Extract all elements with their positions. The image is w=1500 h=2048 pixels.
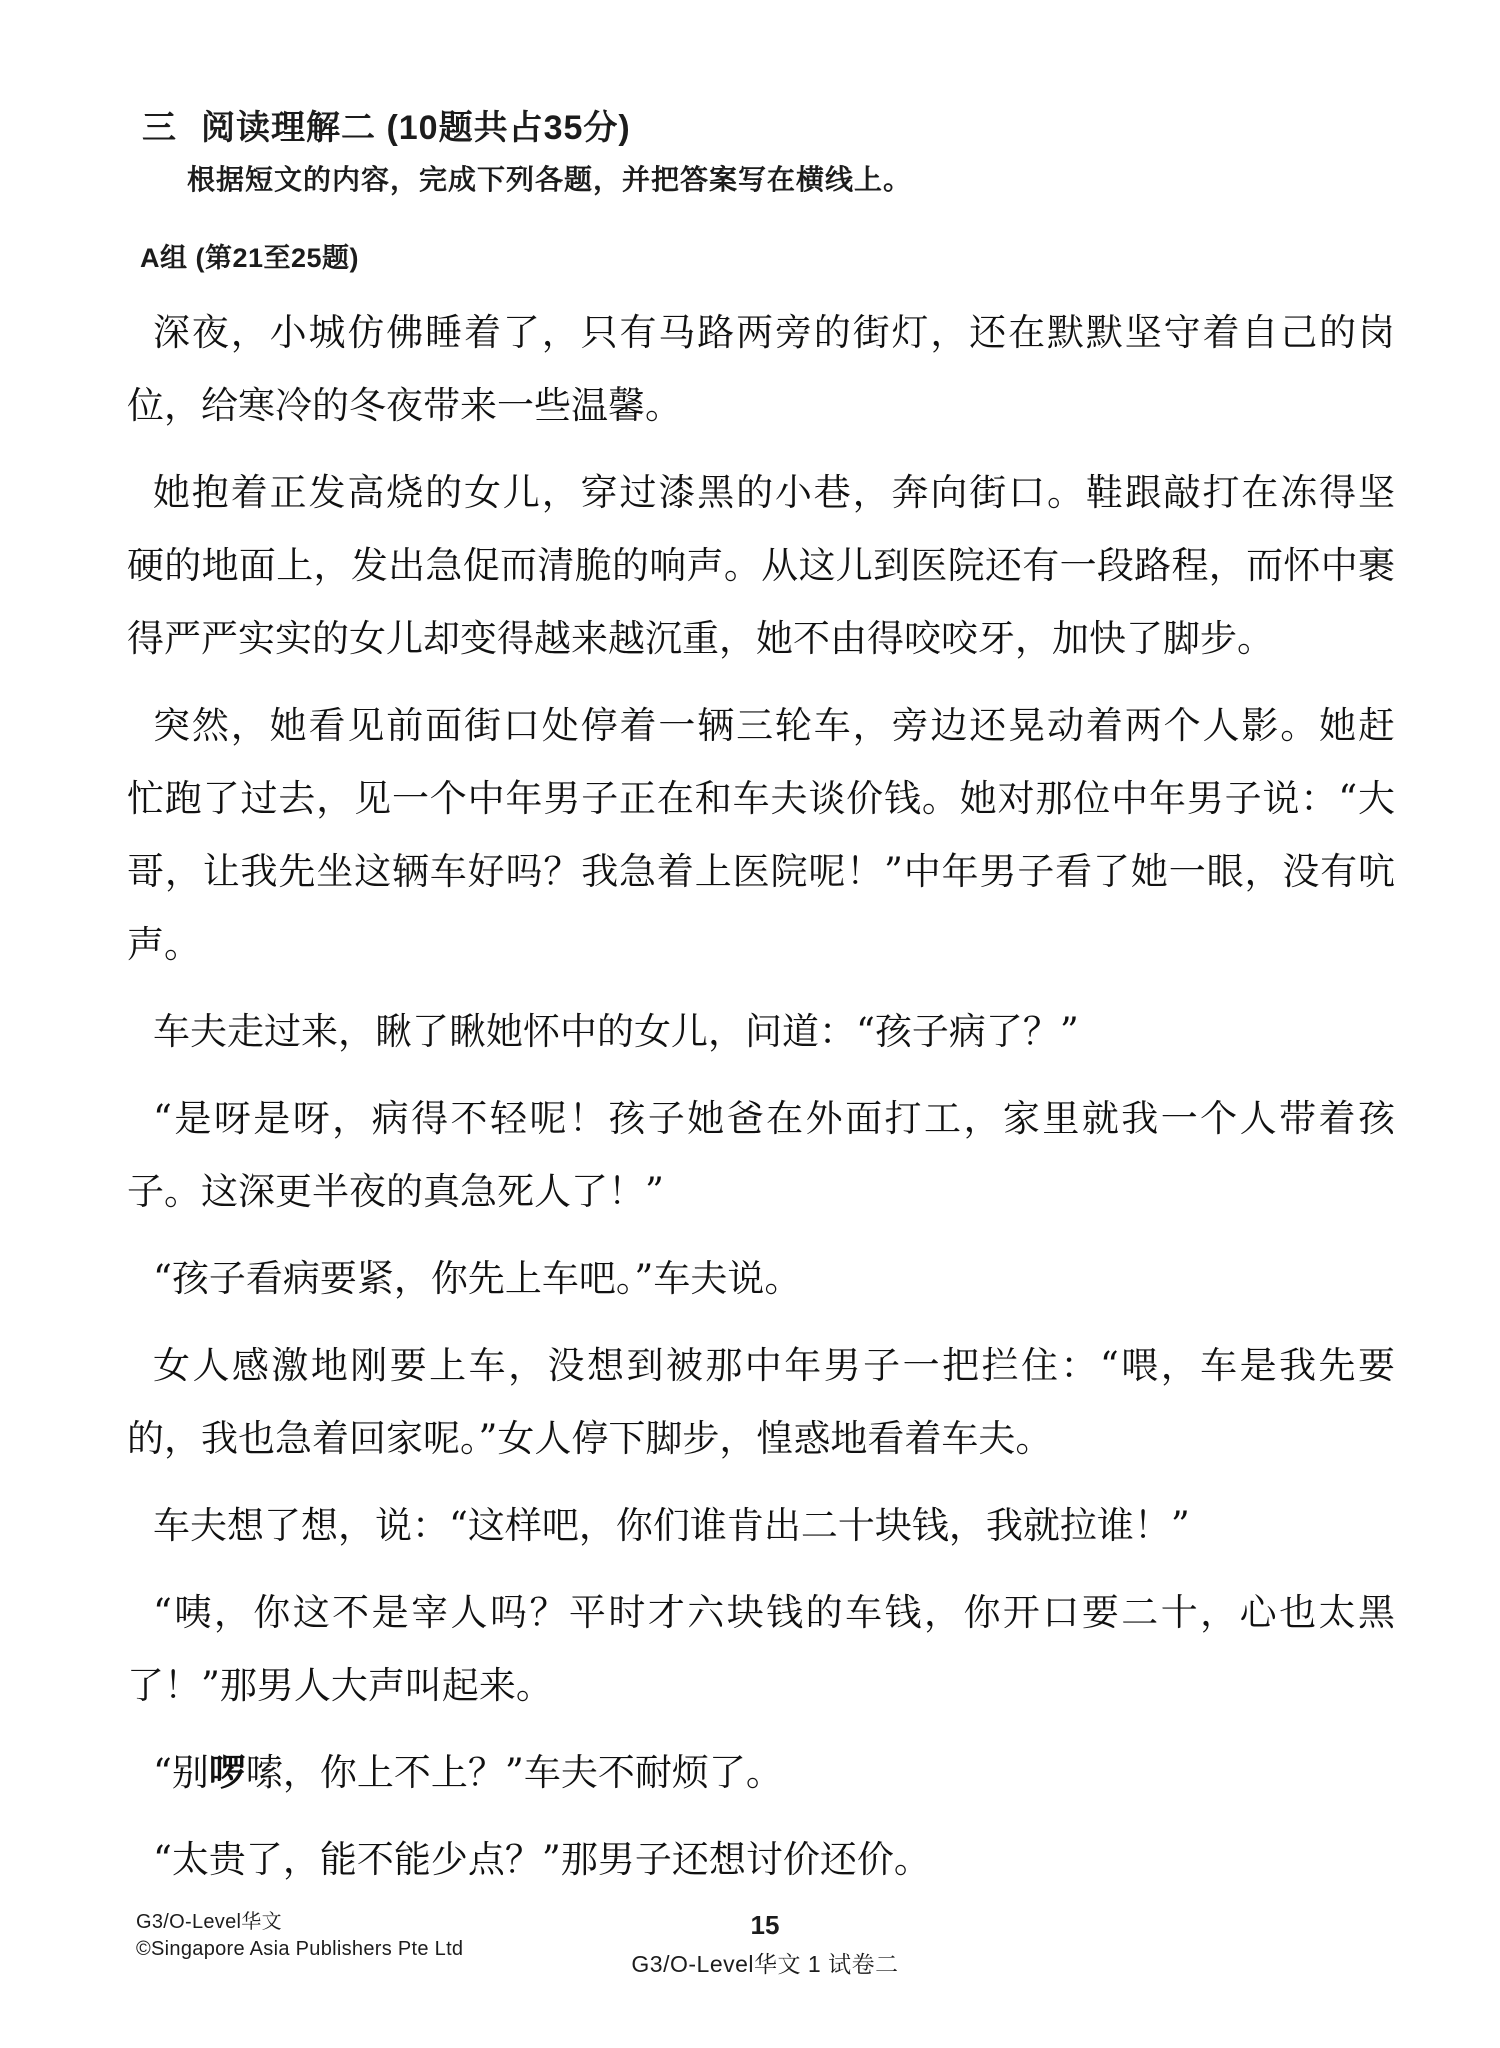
passage-line: 了！”那男人大声叫起来。 <box>127 1649 1395 1722</box>
passage-line: 深夜，小城仿佛睡着了，只有马路两旁的街灯，还在默默坚守着自己的岗 <box>127 296 1395 369</box>
passage-line: 子。这深更半夜的真急死人了！” <box>127 1155 1395 1228</box>
paragraph: “孩子看病要紧，你先上车吧。”车夫说。 <box>127 1242 1395 1315</box>
passage-line: 硬的地面上，发出急促而清脆的响声。从这儿到医院还有一段路程，而怀中裹 <box>127 529 1395 602</box>
passage-line: 位，给寒冷的冬夜带来一些温馨。 <box>127 369 1395 442</box>
paragraph: 车夫想了想，说：“这样吧，你们谁肯出二十块钱，我就拉谁！” <box>127 1489 1395 1562</box>
passage-line: 声。 <box>127 908 1395 981</box>
passage-line: “咦，你这不是宰人吗？平时才六块钱的车钱，你开口要二十，心也太黑 <box>127 1576 1395 1649</box>
paragraph: “咦，你这不是宰人吗？平时才六块钱的车钱，你开口要二十，心也太黑了！”那男人大声… <box>127 1576 1395 1722</box>
passage-line: “孩子看病要紧，你先上车吧。”车夫说。 <box>127 1242 1395 1315</box>
passage-line: 车夫走过来，瞅了瞅她怀中的女儿，问道：“孩子病了？” <box>127 995 1395 1068</box>
passage-line: “太贵了，能不能少点？”那男子还想讨价还价。 <box>127 1823 1395 1896</box>
paragraph: “太贵了，能不能少点？”那男子还想讨价还价。 <box>127 1823 1395 1896</box>
passage-line: 的，我也急着回家呢。”女人停下脚步，惶惑地看着车夫。 <box>127 1402 1395 1475</box>
footer-paper-label: G3/O-Level华文 1 试卷二 <box>30 1946 1500 1979</box>
passage-line: 女人感激地刚要上车，没想到被那中年男子一把拦住：“喂，车是我先要 <box>127 1329 1395 1402</box>
exam-page: 三阅读理解二 (10题共占35分) 根据短文的内容，完成下列各题，并把答案写在横… <box>0 0 1500 2048</box>
passage-line: 突然，她看见前面街口处停着一辆三轮车，旁边还晃动着两个人影。她赶 <box>127 689 1395 762</box>
passage: 深夜，小城仿佛睡着了，只有马路两旁的街灯，还在默默坚守着自己的岗位，给寒冷的冬夜… <box>127 296 1395 1910</box>
passage-line: “别啰嗦，你上不上？”车夫不耐烦了。 <box>127 1736 1395 1809</box>
page-number: 15 <box>30 1910 1500 1941</box>
text-segment: 嗦，你上不上？”车夫不耐烦了。 <box>246 1751 783 1794</box>
text-segment: “别 <box>153 1751 209 1794</box>
paragraph: 女人感激地刚要上车，没想到被那中年男子一把拦住：“喂，车是我先要的，我也急着回家… <box>127 1329 1395 1475</box>
section-heading: 三阅读理解二 (10题共占35分) <box>142 100 631 149</box>
section-number: 三 <box>142 100 177 149</box>
passage-line: 得严严实实的女儿却变得越来越沉重，她不由得咬咬牙，加快了脚步。 <box>127 602 1395 675</box>
passage-line: 她抱着正发高烧的女儿，穿过漆黑的小巷，奔向街口。鞋跟敲打在冻得坚 <box>127 456 1395 529</box>
passage-line: 哥，让我先坐这辆车好吗？我急着上医院呢！”中年男子看了她一眼，没有吭 <box>127 835 1395 908</box>
passage-line: 忙跑了过去，见一个中年男子正在和车夫谈价钱。她对那位中年男子说：“大 <box>127 762 1395 835</box>
passage-line: “是呀是呀，病得不轻呢！孩子她爸在外面打工，家里就我一个人带着孩 <box>127 1082 1395 1155</box>
instruction-text: 根据短文的内容，完成下列各题，并把答案写在横线上。 <box>187 158 912 198</box>
paragraph: 她抱着正发高烧的女儿，穿过漆黑的小巷，奔向街口。鞋跟敲打在冻得坚硬的地面上，发出… <box>127 456 1395 675</box>
paragraph: 突然，她看见前面街口处停着一辆三轮车，旁边还晃动着两个人影。她赶忙跑了过去，见一… <box>127 689 1395 981</box>
paragraph: 深夜，小城仿佛睡着了，只有马路两旁的街灯，还在默默坚守着自己的岗位，给寒冷的冬夜… <box>127 296 1395 442</box>
paragraph: 车夫走过来，瞅了瞅她怀中的女儿，问道：“孩子病了？” <box>127 995 1395 1068</box>
group-label: A组 (第21至25题) <box>140 236 359 275</box>
emphasized-char: 啰 <box>209 1751 246 1794</box>
paragraph: “别啰嗦，你上不上？”车夫不耐烦了。 <box>127 1736 1395 1809</box>
section-title: 阅读理解二 (10题共占35分) <box>201 109 631 147</box>
passage-line: 车夫想了想，说：“这样吧，你们谁肯出二十块钱，我就拉谁！” <box>127 1489 1395 1562</box>
paragraph: “是呀是呀，病得不轻呢！孩子她爸在外面打工，家里就我一个人带着孩子。这深更半夜的… <box>127 1082 1395 1228</box>
